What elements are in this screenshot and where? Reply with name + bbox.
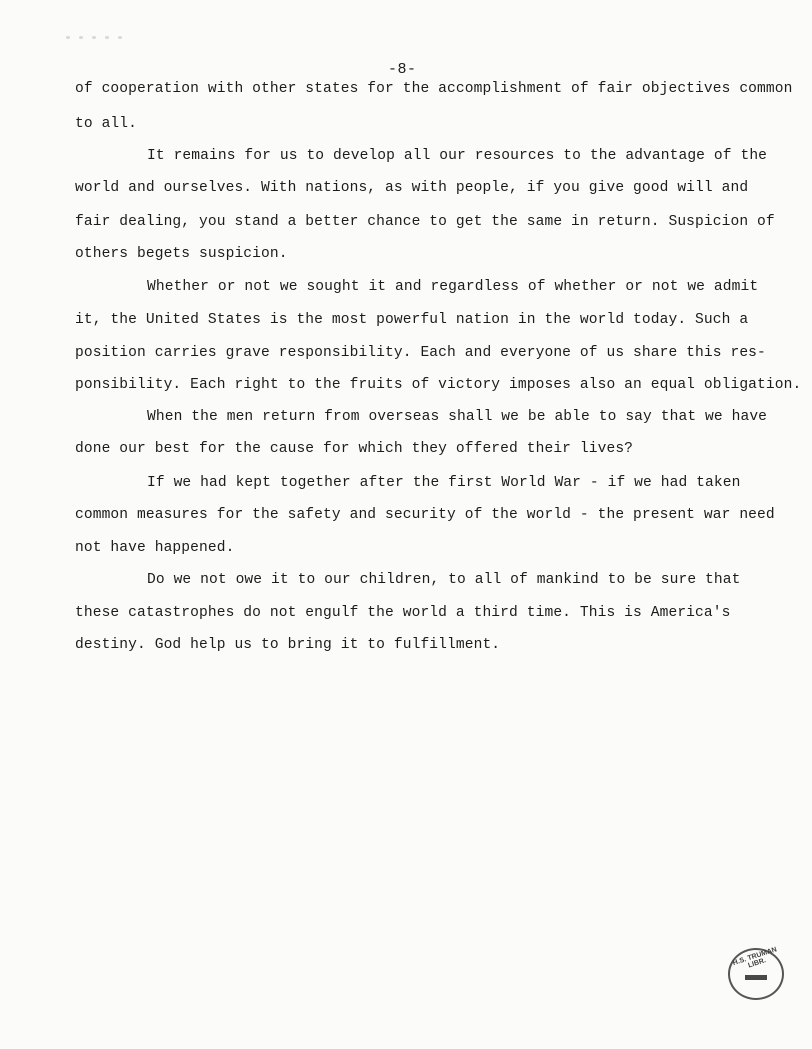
text-line: it, the United States is the most powerf… — [75, 311, 748, 329]
text-line: these catastrophes do not engulf the wor… — [75, 604, 730, 622]
text-line: It remains for us to develop all our res… — [147, 147, 767, 165]
text-line: ponsibility. Each right to the fruits of… — [75, 376, 801, 394]
text-line: destiny. God help us to bring it to fulf… — [75, 636, 500, 654]
text-line: done our best for the cause for which th… — [75, 440, 633, 458]
text-line: position carries grave responsibility. E… — [75, 344, 766, 362]
archive-stamp: H.S. TRUMAN LIBR. — [728, 948, 784, 1000]
stamp-text: H.S. TRUMAN LIBR. — [729, 945, 783, 974]
text-line: of cooperation with other states for the… — [75, 80, 792, 98]
paper-smudge — [66, 26, 136, 36]
text-line: not have happened. — [75, 539, 234, 557]
text-line: others begets suspicion. — [75, 245, 288, 263]
text-line: If we had kept together after the first … — [147, 474, 740, 492]
text-line: Do we not owe it to our children, to all… — [147, 571, 740, 589]
text-line: When the men return from overseas shall … — [147, 408, 767, 426]
text-line: fair dealing, you stand a better chance … — [75, 213, 775, 231]
page-number: -8- — [388, 61, 417, 78]
text-line: common measures for the safety and secur… — [75, 506, 775, 524]
text-line: Whether or not we sought it and regardle… — [147, 278, 758, 296]
text-line: to all. — [75, 115, 137, 133]
text-line: world and ourselves. With nations, as wi… — [75, 179, 748, 197]
stamp-mark-icon — [745, 975, 767, 980]
